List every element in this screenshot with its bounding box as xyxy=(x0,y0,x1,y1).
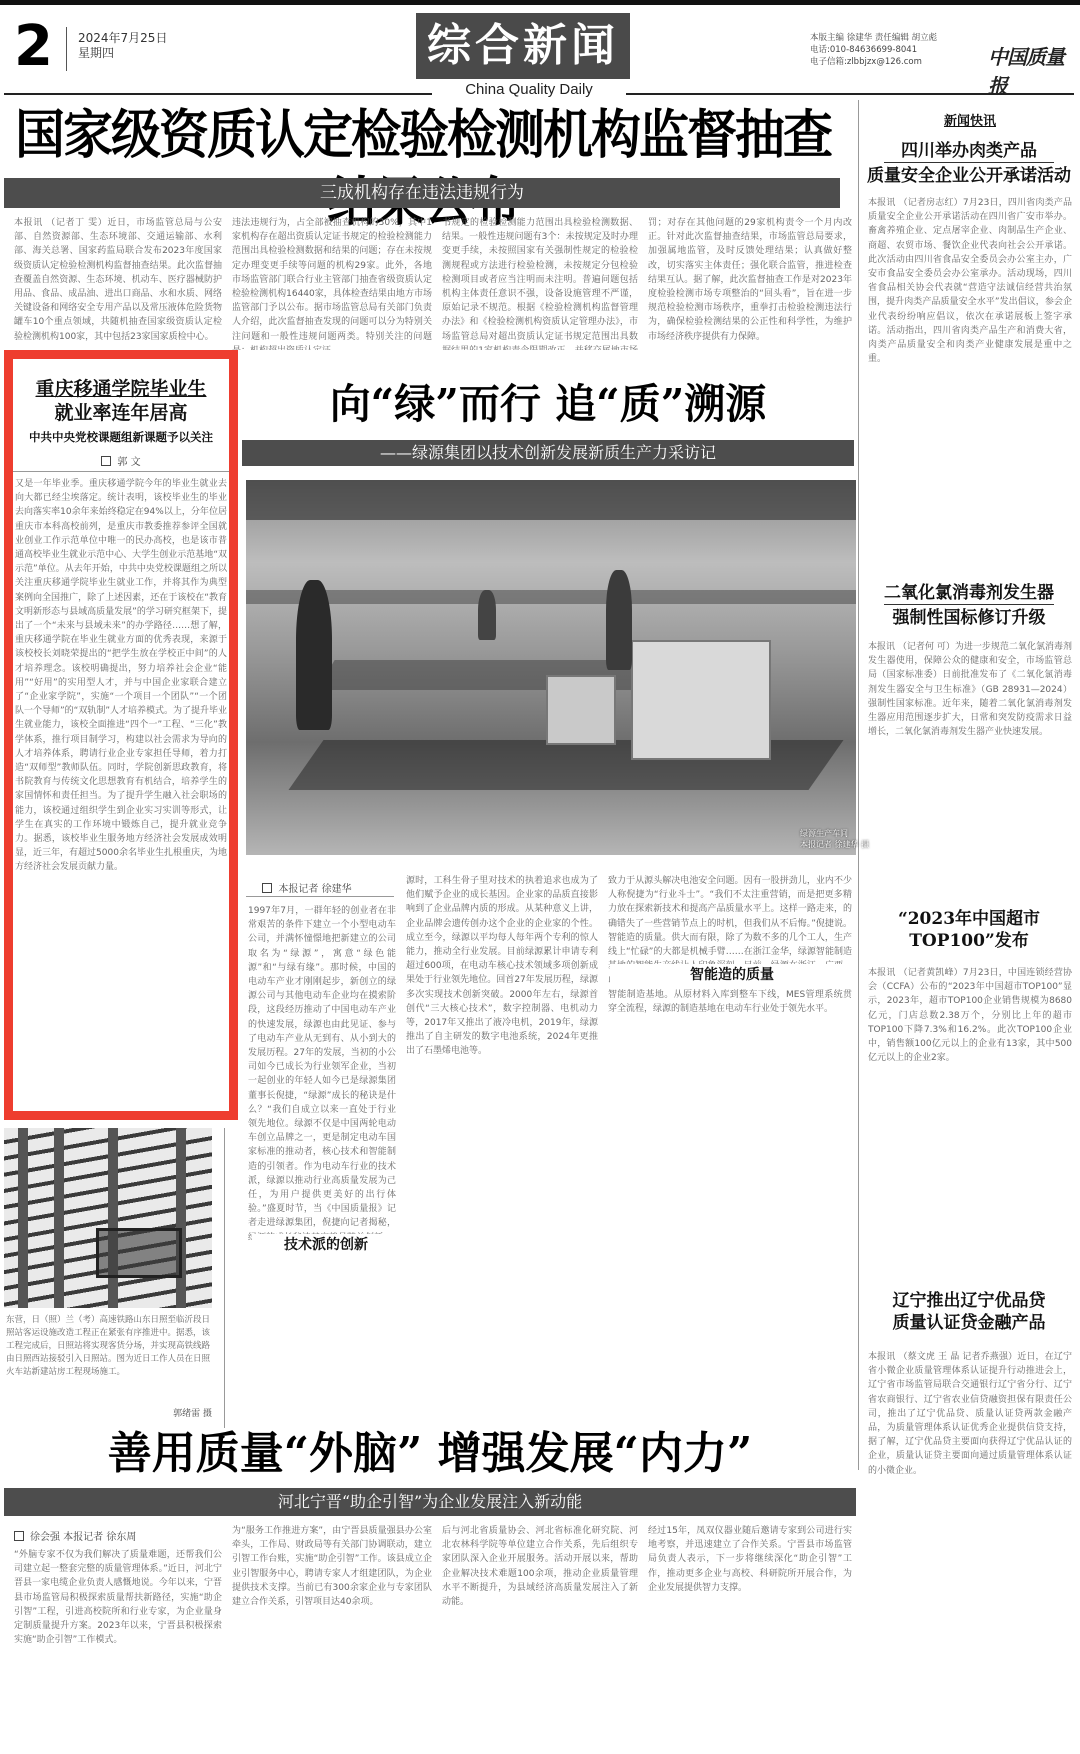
weekday-text: 星期四 xyxy=(78,46,167,61)
editor-info: 本版主编 徐建华 责任编辑 胡立彪 电话:010-84636699-8041 电… xyxy=(810,32,937,68)
lvyuan-column-1: 1997年7月，一群年轻的创业者在非常艰苦的条件下建立一个小型电动车公司，并满怀… xyxy=(248,904,396,1416)
hebei-column-4: 经过15年，凤双仪器业随后邀请专家到公司进行实地考察，并迅速建立了合作关系。宁晋… xyxy=(648,1524,852,1748)
lead-column-2: 违法违规行为，占全部被抽查机构的30%，其中1家机构存在超出资质认定证书规定的检… xyxy=(232,216,432,350)
construction-photo xyxy=(4,1128,212,1308)
paper-english-name: China Quality Daily xyxy=(432,81,626,98)
date-text: 2024年7月25日 xyxy=(78,31,167,46)
hebei-subheadline: 河北宁晋“助企引智”为企业发展注入新动能 xyxy=(4,1488,856,1516)
masthead-divider xyxy=(66,27,67,71)
brief-title-line1: 二氧化氯消毒剂发生器 xyxy=(884,582,1054,605)
brief-title-line1: 四川举办肉类产品 xyxy=(884,140,1054,163)
lead-column-4: 罚；对存在其他问题的29家机构责令一个月内改正。针对此次监督抽查结果，市场监管总… xyxy=(648,216,852,350)
paper-logo: 中国质量报 xyxy=(988,41,1080,99)
factory-photo-caption: 绿源生产车间 本报记者 徐建华 摄 xyxy=(800,828,869,850)
news-brief-label: 新闻快讯 xyxy=(910,110,1030,129)
brief-title-line2: 质量安全企业公开承诺活动 xyxy=(867,166,1071,186)
issue-date: 2024年7月25日 星期四 xyxy=(78,31,167,61)
lvyuan-headline: 向“绿”而行 追“质”溯源 xyxy=(242,378,854,430)
caption-line1: 绿源生产车间 xyxy=(800,828,869,839)
brief-body-chlorine: 本报讯 （记者何 可）为进一步规范二氧化氯消毒剂发生器使用，保障公众的健康和安全… xyxy=(868,640,1072,900)
byline-box-icon xyxy=(14,1531,24,1541)
construction-photo-caption: 东营，日（照）兰（考）高速铁路山东日照至临沂段日照站客运设施改造工程正在紧张有序… xyxy=(6,1314,212,1379)
masthead: 2 2024年7月25日 星期四 综合新闻 China Quality Dail… xyxy=(0,5,1080,100)
chongqing-headline: 重庆移通学院毕业生 就业率连年居高 xyxy=(13,377,229,425)
hebei-column-3: 后与河北省质量协会、河北省标准化研究院、河北农林科学院等单位建立合作关系，先后组… xyxy=(442,1524,638,1748)
brief-title-line1: “2023年中国超市 xyxy=(862,908,1076,930)
brief-body-sichuan: 本报讯 （记者房志红）7月23日，四川省肉类产品质量安全企业公开承诺活动在四川省… xyxy=(868,196,1072,572)
brief-body-liaoning: 本报讯 （蔡文虎 王 晶 记者乔燕强）近日，在辽宁省小微企业质量管理体系认证提升… xyxy=(868,1350,1072,1750)
lvyuan-column-2: 源时，工科生骨子里对技术的执着追求也成为了他们赋予企业的成长基因。企业家的品质直… xyxy=(406,874,598,1416)
editors-line: 本版主编 徐建华 责任编辑 胡立彪 xyxy=(810,32,937,44)
brief-title-line2: TOP100”发布 xyxy=(909,931,1029,951)
hebei-column-2: 为“服务工作推进方案”，由宁晋县质量强县办公室牵头，工作局、财政局等有关部门协调… xyxy=(232,1524,432,1748)
brief-body-supermarket: 本报讯 （记者黄凯峰）7月23日，中国连锁经营协会（CCFA）公布的“2023年… xyxy=(868,966,1072,1284)
brief-title-supermarket: “2023年中国超市 TOP100”发布 xyxy=(862,908,1076,952)
chongqing-body: 又是一年毕业季。重庆移通学院今年的毕业生就业去向大都已经尘埃落定。统计表明，该校… xyxy=(15,477,227,1105)
factory-photo xyxy=(246,480,856,855)
chongqing-subheadline: 中共中央党校课题组新课题予以关注 xyxy=(13,429,229,445)
hebei-byline: 徐会强 本报记者 徐东周 xyxy=(14,1528,224,1543)
phone-line: 电话:010-84636699-8041 xyxy=(810,44,937,56)
hebei-headline: 善用质量“外脑” 增强发展“内力” xyxy=(4,1426,856,1482)
brief-title-chlorine: 二氧化氯消毒剂发生器 强制性国标修订升级 xyxy=(862,582,1076,629)
page-number: 2 xyxy=(14,19,53,75)
right-column-divider xyxy=(858,100,859,1470)
section-title: 综合新闻 xyxy=(416,13,630,79)
lead-column-1: 本报讯 （记者丁 雯）近日，市场监管总局与公安部、自然资源部、生态环境部、交通运… xyxy=(14,216,222,350)
brief-title-line2: 强制性国标修订升级 xyxy=(893,608,1046,628)
masthead-rule-left xyxy=(4,93,432,95)
hebei-column-1: “外脑专家不仅为我们解决了质量难题，还帮我们公司建立起一整套完整的质量管理体系。… xyxy=(14,1548,222,1748)
brief-title-line1: 辽宁推出辽宁优品贷 xyxy=(862,1290,1076,1312)
highlighted-story-box: 重庆移通学院毕业生 就业率连年居高 中共中央党校课题组新课题予以关注 郭 文 又… xyxy=(4,350,238,1120)
byline-text: 本报记者 徐建华 xyxy=(278,884,351,895)
column-divider xyxy=(224,1128,225,1428)
brief-title-line2: 质量认证贷金融产品 xyxy=(893,1313,1046,1333)
byline-text: 郭 文 xyxy=(117,457,140,468)
brief-title-liaoning: 辽宁推出辽宁优品贷 质量认证贷金融产品 xyxy=(862,1290,1076,1334)
construction-photo-credit: 郭绪雷 摄 xyxy=(120,1406,212,1419)
byline-box-icon xyxy=(101,456,111,466)
chongqing-byline: 郭 文 xyxy=(13,453,229,468)
caption-line2: 本报记者 徐建华 摄 xyxy=(800,839,869,850)
chongqing-headline-line2: 就业率连年居高 xyxy=(13,401,229,425)
byline-rule xyxy=(13,471,229,472)
lvyuan-column-3: 致力于从源头解决电池安全问题。因有一股拼劲儿，业内不少人称倪捷为“行业斗士”。“… xyxy=(608,874,852,1416)
byline-text: 徐会强 本报记者 徐东周 xyxy=(30,1532,136,1543)
lvyuan-subheadline: ——绿源集团以技术创新发展新质生产力采访记 xyxy=(242,440,854,466)
section-head-tech: 技术派的创新 xyxy=(252,1234,400,1254)
news-brief-column: 新闻快讯 四川举办肉类产品 质量安全企业公开承诺活动 本报讯 （记者房志红）7月… xyxy=(862,100,1076,1754)
lead-subheadline: 三成机构存在违法违规行为 xyxy=(4,178,840,208)
lvyuan-byline: 本报记者 徐建华 xyxy=(252,880,362,895)
email-line: 电子信箱:zlbbjzx@126.com xyxy=(810,56,937,68)
chongqing-headline-line1: 重庆移通学院毕业生 xyxy=(13,377,229,401)
brief-title-sichuan: 四川举办肉类产品 质量安全企业公开承诺活动 xyxy=(862,140,1076,187)
byline-rule xyxy=(246,896,394,897)
section-head-quality: 智能造的质量 xyxy=(610,964,854,984)
lead-column-3: 书规定的检验检测能力范围出具检验检测数据、结果。一般性违规问题有3个：未按规定及… xyxy=(442,216,638,350)
byline-box-icon xyxy=(262,883,272,893)
